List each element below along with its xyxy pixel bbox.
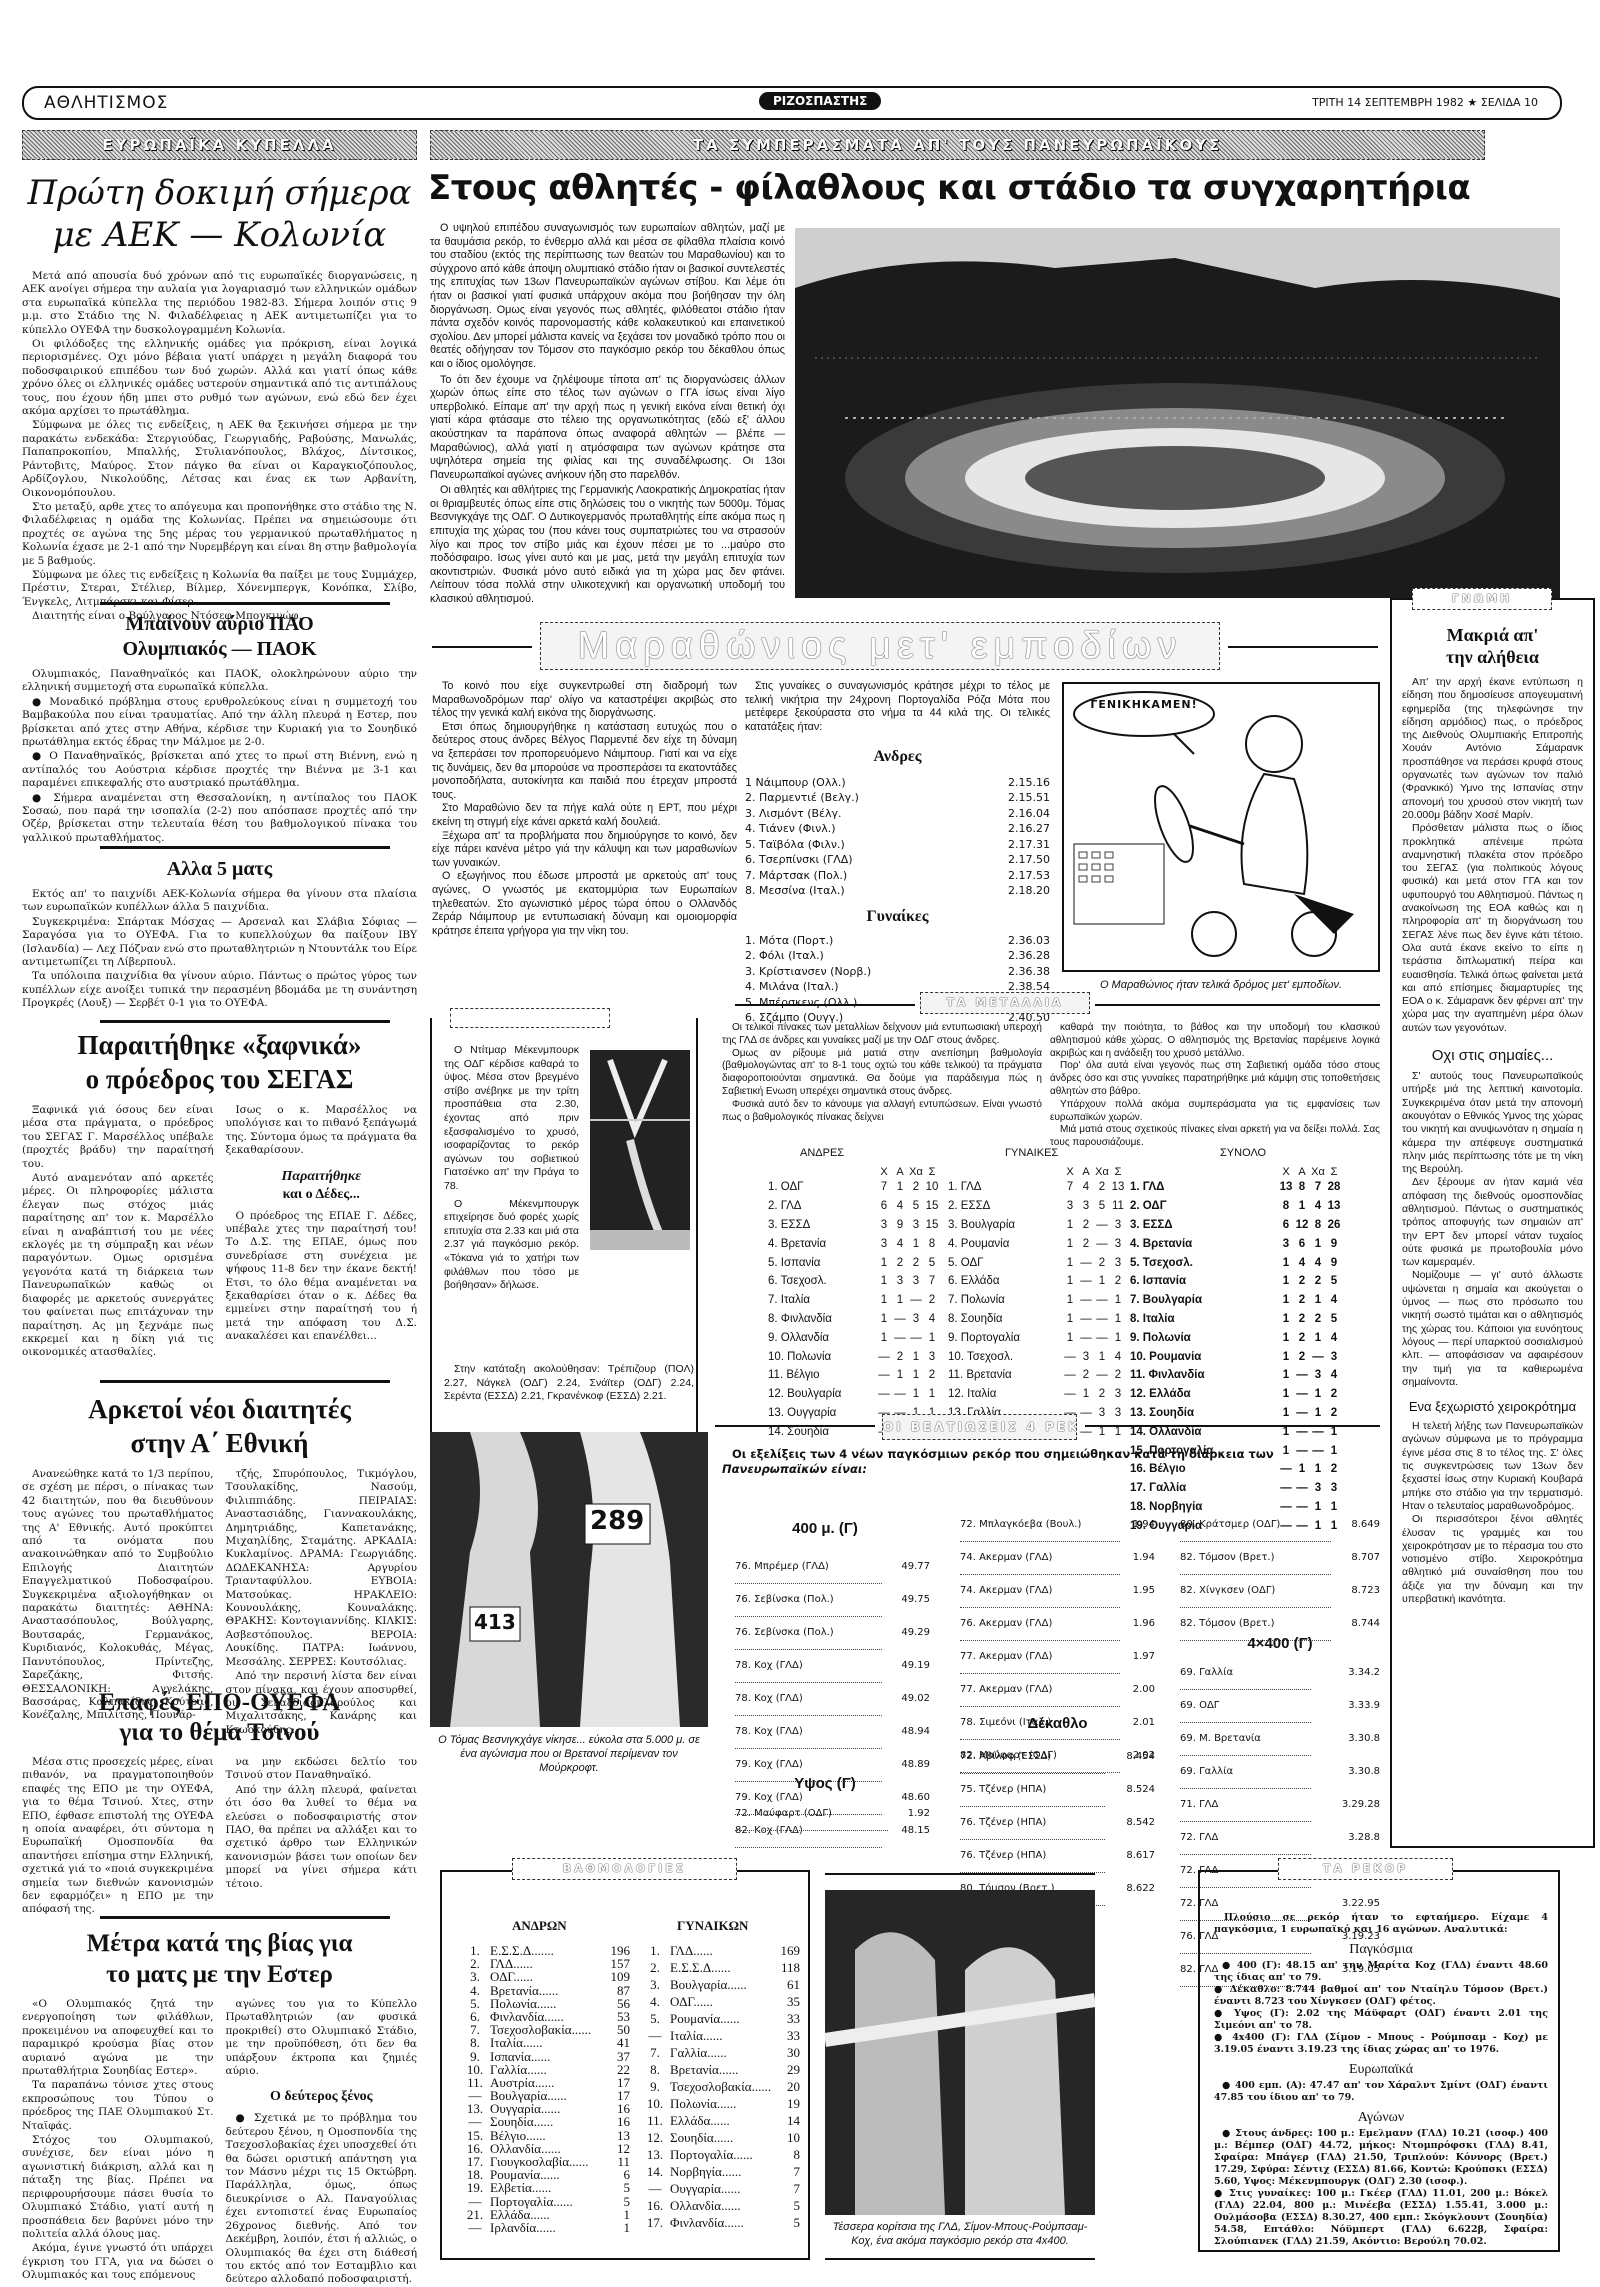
paragraph: Ο Ντίτμαρ Μέκενμπουρκ της ΟΔΓ κέρδισε κα… [444,1044,579,1194]
record-value: 8.542 [1105,1806,1155,1839]
medal-count: 6 [876,1197,892,1216]
points: 30 [779,2046,800,2063]
medal-count: 1 [1062,1216,1078,1235]
rank: 21. [460,2208,490,2221]
record-item: Δέκαθλο: 8.744 βαθμοί απ' τον Νταίηλυ Τό… [1214,1984,1548,2008]
country: 10. Τσεχοσλ. [948,1347,1062,1366]
record-value: 1.92 [888,1797,930,1830]
medal-count: 1 [1094,1347,1110,1366]
highjump-box: Ο Ντίτμαρ Μέκενμπουρκ της ΟΔΓ κέρδισε κα… [430,1018,698,1438]
relay-team-image [825,1890,1095,2215]
medal-count: 3 [1110,1404,1126,1423]
record-row: 69. Μ. Βρετανία3.30.8 [1180,1722,1380,1755]
medal-count: — [908,1328,924,1347]
medal-count: 3 [1310,1479,1326,1498]
rank: 10. [460,2063,490,2076]
country: Γαλλία...... [670,2046,779,2063]
record-value: 8.622 [1105,1872,1155,1905]
medal-count: 1 [1062,1253,1078,1272]
points: 33 [779,2012,800,2029]
paragraph: Μετά από απουσία δυό χρόνων από τις ευρω… [22,270,417,337]
paragraph: ● Σχετικά με το πρόβλημα του δεύτερου ξέ… [226,2112,418,2286]
medal-count: 2 [1294,1291,1310,1310]
runners-image [430,1432,708,1727]
runners-photo: 289 413 [430,1432,708,1727]
medal-count: 2 [1094,1385,1110,1404]
paragraph: τζής, Σπυρόπουλος, Τικμόγλου, Τσουλακίδη… [226,1468,418,1669]
table-row: 2. ΟΔΓ81413 [1130,1197,1342,1216]
medal-count: 2 [924,1366,940,1385]
paragraph: Υπάρχουν πολλά ακόμα συμπεράσματα για τι… [1050,1099,1380,1125]
country: Σουηδία...... [670,2131,779,2148]
paragraph: Μέσα στις προσεχείς μέρες, είναι πιθανόν… [22,1756,214,1917]
record-value: 3.30.8 [1311,1755,1380,1788]
time: 2.36.28 [974,948,1050,964]
medal-count: 5 [1094,1197,1110,1216]
records-intro: Οι εξελίξεις των 4 νέων παγκόσμιων ρεκόρ… [722,1447,1372,1477]
medal-count: 4 [1310,1197,1326,1216]
divider [432,646,532,648]
country: Ουγγαρία...... [670,2182,779,2199]
medal-count: 4 [892,1197,908,1216]
record-item: Στους άνδρες: 100 μ.: Εμελμανν (ΓΛΔ) 10.… [1214,2128,1548,2188]
medal-count: — [1294,1479,1310,1498]
table-row: 7. Ιταλία11—2 [768,1291,940,1310]
time: 2.36.03 [974,932,1050,948]
table-row: 7. Βουλγαρία1214 [1130,1291,1342,1310]
country: 4. Βρετανία [1130,1234,1278,1253]
medal-count: 1 [1278,1366,1294,1385]
country: 8. Σουηδία [948,1310,1062,1329]
points: 20 [779,2080,800,2097]
table-row: 2. ΓΛΔ64515 [768,1197,940,1216]
medal-count: 3 [908,1310,924,1329]
rank: — [460,2221,490,2234]
medal-count: 2 [1110,1366,1126,1385]
paragraph: Ετσι όπως δημιουργήθηκε η κατάσταση ευτυ… [432,721,737,803]
column-header [768,1166,876,1178]
points: 1 [607,2221,630,2234]
table-row: 7. Πολωνία1——1 [948,1291,1126,1310]
records-summary-box: ΤΑ ΡΕΚΟΡ Πλούσιο σε ρεκόρ ήταν το εφταήμ… [1198,1870,1560,2252]
table-row: 9. Ολλανδία1——1 [768,1328,940,1347]
paragraph: Ισως ο κ. Μαρσέλλος να υπολόγισε και το … [226,1104,418,1158]
medal-count: — [1278,1479,1294,1498]
relay-caption: Τέσσερα κορίτσια της ΓΛΔ, Σίμον-Μπους-Ρο… [825,2220,1095,2248]
points: 10 [779,2131,800,2148]
medals-women-table: ΧΑΧαΣ 1. ΓΛΔ742132. ΕΣΣΔ335113. Βουλγαρί… [948,1166,1126,1441]
medal-count: 1 [1110,1328,1126,1347]
medal-count: 11 [1110,1197,1126,1216]
medal-count: — [1062,1385,1078,1404]
country: Πορτογαλία...... [670,2148,779,2165]
paragraph: Πορ' όλα αυτά είναι γεγονός πως στη Σαβι… [1050,1060,1380,1098]
medal-count: 1 [1310,1291,1326,1310]
time: 2.17.53 [968,867,1050,883]
country: 4. Ρουμανία [948,1234,1062,1253]
points-row: 2.Ε.Σ.Σ.Δ......118 [640,1961,800,1978]
points: 41 [607,2036,630,2049]
points: 19 [779,2097,800,2114]
points: 5 [779,2216,800,2233]
result-row: 5. Ταϊβόλα (Φιλν.)2.17.31 [745,836,1050,852]
bib-number: 289 [590,1506,644,1536]
result-row: 2. Παρμεντιέ (Βελγ.)2.15.51 [745,790,1050,806]
medal-count: 3 [1326,1479,1342,1498]
headline-line-2: το ματς με την Εστερ [22,1959,417,1990]
table-row: 12. Ελλάδα1—12 [1130,1385,1342,1404]
rank: 4. [460,1984,490,1997]
medal-count: 5 [1326,1272,1342,1291]
marathon-column-2: Στις γυναίκες ο συναγωνισμός κράτησε μέχ… [745,680,1050,1025]
medal-count: 1 [1278,1404,1294,1423]
points: 5 [607,2181,630,2194]
main-headline: Στους αθλητές - φίλαθλους και στάδιο τα … [428,166,1568,210]
country: Πολωνία...... [670,2097,779,2114]
subheading: Οχι στις σημαίες... [1402,1047,1583,1064]
medal-count: 12 [1294,1216,1310,1235]
kicker-records: ΟΙ ΒΕΛΤΙΩΣΕΙΣ 4 ΡΕΚΟΡ [882,1414,1077,1440]
medal-count: 8 [1310,1216,1326,1235]
record-value: 3.28.8 [1311,1821,1380,1854]
medal-count: 2 [1310,1272,1326,1291]
medal-count: — [892,1328,908,1347]
country: 12. Βουλγαρία [768,1385,876,1404]
athlete: 7. Μάρτσακ (Πολ.) [745,867,968,883]
medal-count: 1 [1294,1197,1310,1216]
column-header [1130,1166,1278,1178]
w400-title: 400 μ. (Γ) [720,1520,930,1537]
country: ΟΔΓ...... [670,1995,779,2012]
table-row: 8. Ιταλία1225 [1130,1310,1342,1329]
kicker-medals: ΤΑ ΜΕΤΑΛΛΙΑ [920,992,1090,1014]
country: Βέλγιο...... [490,2129,607,2142]
headline-line-1: Παραιτήθηκε «ξαφνικά» [22,1028,417,1062]
records-intro-line: Οι εξελίξεις των 4 νέων παγκόσμιων ρεκόρ… [722,1447,1372,1462]
medal-count: — [1078,1272,1094,1291]
table-row: 4. Βρετανία3619 [1130,1234,1342,1253]
medal-count: 1 [876,1253,892,1272]
rank: 4. [640,1995,670,2012]
medal-count: 7 [1062,1178,1078,1197]
medal-count: 6 [1278,1216,1294,1235]
kicker-conclusions: ΤΑ ΣΥΜΠΕΡΑΣΜΑΤΑ ΑΠ' ΤΟΥΣ ΠΑΝΕΥΡΩΠΑΪΚΟΥΣ [430,130,1485,160]
paragraph: Ο πρόεδρος της ΕΠΑΕ Γ. Δέδες, υπέβαλε χτ… [226,1210,418,1344]
medal-count: 5 [908,1197,924,1216]
record-holder: 72. Αβίλοφ (ΕΣΣΔ) [960,1740,1105,1773]
medal-count: 1 [1278,1291,1294,1310]
highjump-photo [590,1050,690,1250]
record-holder: 76. Τζένερ (ΗΠΑ) [960,1806,1105,1839]
medal-count: — [876,1366,892,1385]
kicker-highjump [450,1008,610,1028]
paragraph: Στις γυναίκες ο συναγωνισμός κράτησε μέχ… [745,680,1050,734]
rank: 1. [640,1944,670,1961]
medal-count: 1 [1278,1310,1294,1329]
medal-count: 3 [1110,1385,1126,1404]
medal-count: 1 [1310,1404,1326,1423]
rank: 8. [640,2063,670,2080]
table-row: 11. Φινλανδία1—34 [1130,1366,1342,1385]
divider [1085,1425,1380,1427]
record-value: 49.77 [882,1550,930,1583]
country: 12. Ιταλία [948,1385,1062,1404]
points: 13 [607,2129,630,2142]
points-women-table: 1.ΓΛΔ......1692.Ε.Σ.Σ.Δ......1183.Βουλγα… [640,1944,800,2233]
medal-count: 2 [892,1347,908,1366]
headline-line-1: Πρώτη δοκιμή σήμερα [22,172,417,214]
rank: 12. [640,2131,670,2148]
record-row: 76. Σεβίνσκα (Πολ.)49.29 [735,1616,930,1649]
medal-count: 7 [876,1178,892,1197]
paragraph: Από την άλλη πλευρά, φαίνεται ότι όσο θα… [226,1784,418,1891]
time: 2.16.04 [968,805,1050,821]
kicker-euro-cups: ΕΥΡΩΠΑΪΚΑ ΚΥΠΕΛΛΑ [22,130,417,160]
paragraph: Ο Μέκενμπουργκ επιχείρησε δυό φορές χωρί… [444,1198,579,1293]
country: Ελλάδα...... [490,2208,607,2221]
medal-count: 2 [1294,1272,1310,1291]
athlete: 1 Νάιμπουρ (Ολλ.) [745,774,968,790]
cartoon: ΓΕΝΙΚΗΚΑΜΕΝ! [1062,682,1380,972]
table-row: 17. Γαλλία——33 [1130,1479,1342,1498]
subheading: Ενα ξεχωριστό χειροκρότημα [1402,1399,1583,1414]
medal-count: 2 [1294,1328,1310,1347]
record-row: 71. ΓΛΔ3.29.28 [1180,1788,1380,1821]
points: 61 [779,1978,800,1995]
medal-count: 1 [1094,1272,1110,1291]
divider [1095,1004,1380,1006]
medal-count: 4 [924,1310,940,1329]
paragraph: Η τελετή λήξης των Πανευρωπαϊκών αγώνων … [1402,1420,1583,1513]
issue-date: ΤΡΙΤΗ 14 ΣΕΠΤΕΜΒΡΗ 1982 ★ ΣΕΛΙΔΑ 10 [1312,96,1538,109]
paragraph: ● Ο Παναθηναϊκός, βρίσκεται από χτες το … [22,750,417,790]
column-header: Σ [1110,1166,1126,1178]
country: 8. Φινλανδία [768,1310,876,1329]
medal-count: 1 [1110,1310,1126,1329]
medal-count: — [892,1385,908,1404]
rank: 2. [640,1961,670,1978]
points-row: 9.Τσεχοσλοβακία......20 [640,2080,800,2097]
country: Βρετανία...... [490,1984,607,1997]
record-row: 74. Ακερμαν (ΓΛΔ)1.94 [960,1541,1155,1574]
divider [735,1004,915,1006]
paragraph: Πλούσιο σε ρεκόρ ήταν το εφταήμερο. Είχα… [1214,1912,1548,1936]
record-holder: 82. Χίνγκσεν (ΟΔΓ) [1180,1574,1331,1607]
record-row: 76. Τζένερ (ΗΠΑ)8.542 [960,1806,1155,1839]
points-row: 19.Ελβετία......5 [460,2181,630,2194]
women-results-title: Γυναίκες [745,908,1050,926]
points-row: 10.Πολωνία......19 [640,2097,800,2114]
record-holder: 78. Κοχ (ΓΛΔ) [735,1682,882,1715]
record-value: 49.29 [882,1616,930,1649]
paragraph: Στόχος του Ολυμπιακού, συνέχισε, δεν είν… [22,2134,214,2241]
record-holder: 75. Τζένερ (ΗΠΑ) [960,1773,1105,1806]
medals-intro-col-1: Οι τελικοί πίνακες των μεταλλίων δείχνου… [722,1022,1042,1124]
record-row: 76. Μπρέμερ (ΓΛΔ)49.77 [735,1550,930,1583]
points-row: 12.Σουηδία......10 [640,2131,800,2148]
points-row: 7.Τσεχοσλοβακία......50 [460,2023,630,2036]
medal-count: 1 [876,1328,892,1347]
table-row: 3. ΕΣΣΔ39315 [768,1216,940,1235]
medal-count: 8 [924,1234,940,1253]
divider [100,1916,390,1919]
record-row: 72. Αβίλοφ (ΕΣΣΔ)8.454 [960,1740,1155,1773]
points: 5 [779,2199,800,2216]
points: 1 [607,2208,630,2221]
points-row: 8.Βρετανία......29 [640,2063,800,2080]
points-row: 5.Ρουμανία......33 [640,2012,800,2029]
record-holder: 72. ΓΛΔ [1180,1821,1311,1854]
paragraph: Οι φιλόδοξες της ελληνικής ομάδες για πρ… [22,338,417,418]
points-row: 5.Πολωνία......56 [460,1997,630,2010]
country: Πορτογαλία...... [490,2195,607,2208]
medal-count: 10 [924,1178,940,1197]
table-row: 6. Ελλάδα1—12 [948,1272,1126,1291]
marathon-men-table: 1 Νάιμπουρ (Ολλ.)2.15.162. Παρμεντιέ (Βε… [745,774,1050,898]
record-holder: 69. Μ. Βρετανία [1180,1722,1311,1755]
points: 5 [607,2195,630,2208]
medal-count: 2 [1110,1272,1126,1291]
country: 11. Βέλγιο [768,1366,876,1385]
table-row: 10. Πολωνία—213 [768,1347,940,1366]
rank: 15. [460,2129,490,2142]
record-holder: 78. Κοχ (ΓΛΔ) [735,1715,882,1748]
record-row: 78. Κοχ (ΓΛΔ)49.02 [735,1682,930,1715]
medal-count: 13 [1110,1178,1126,1197]
paragraph: Οι περισσότεροι ξένοι αθλητές έλυσαν τις… [1402,1513,1583,1606]
record-value: 3.30.8 [1311,1722,1380,1755]
medal-count: — [1294,1404,1310,1423]
country: 12. Ελλάδα [1130,1385,1278,1404]
paragraph: Δεν ξέρουμε αν ήταν καμιά νέα απόφαση τη… [1402,1176,1583,1269]
record-item: 400 (Γ): 48.15 απ' την Μαρίτα Κοχ (ΓΛΔ) … [1214,1960,1548,1984]
medal-count: 3 [924,1347,940,1366]
points: 109 [607,1970,630,1983]
country: 2. ΕΣΣΔ [948,1197,1062,1216]
medal-count: 3 [1310,1366,1326,1385]
medal-count: — [1062,1366,1078,1385]
record-value: 8.524 [1105,1773,1155,1806]
headline-line-1: Μακριά απ' [1402,624,1583,646]
rank: — [640,2182,670,2199]
rank: — [640,2029,670,2046]
record-row: 69. ΟΔΓ3.33.9 [1180,1689,1380,1722]
medal-count: 1 [908,1234,924,1253]
table-row: 11. Βέλγιο—112 [768,1366,940,1385]
table-row: 5. ΟΔΓ1—23 [948,1253,1126,1272]
record-value: 2.00 [1120,1673,1155,1706]
medal-count: 13 [1278,1178,1294,1197]
medals-total-title: ΣΥΝΟΛΟ [1220,1147,1266,1159]
paragraph: Στην κατάταξη ακολούθησαν: Τρέπιζουρ (ΠΟ… [444,1363,694,1404]
time: 2.18.20 [968,883,1050,899]
medal-count: 2 [1078,1234,1094,1253]
subheading: Ο δεύτερος ξένος [226,2088,418,2106]
record-holder: 77. Ακερμαν (ΓΛΔ) [960,1673,1120,1706]
result-row: 3. Κρίστιανσεν (Νορβ.)2.36.38 [745,963,1050,979]
record-row: 78. Κοχ (ΓΛΔ)49.19 [735,1649,930,1682]
points: 29 [779,2063,800,2080]
newspaper-logo: ΡΙΖΟΣΠΑΣΤΗΣ [759,92,881,110]
points-women-title: ΓΥΝΑΙΚΩΝ [677,1918,748,1934]
headline-line-1: Μέτρα κατά της βίας για [22,1928,417,1959]
record-row: 77. Ακερμαν (ΓΛΔ)2.00 [960,1673,1155,1706]
time: 2.16.27 [968,821,1050,837]
medals-men-title: ΑΝΔΡΕΣ [800,1147,844,1159]
record-value: 49.02 [882,1682,930,1715]
points-men-title: ΑΝΔΡΩΝ [512,1918,567,1934]
record-value: 1.94 [1120,1508,1155,1541]
medal-count: 5 [1326,1310,1342,1329]
whj-record-table-part2: 72. Μπλαγκόεβα (Βουλ.)1.9474. Ακερμαν (Γ… [960,1508,1155,1773]
medal-count: 1 [892,1366,908,1385]
points: 56 [607,1997,630,2010]
country: 6. Τσεχοσλ. [768,1272,876,1291]
rank: 19. [460,2181,490,2194]
points-row: 4.Βρετανία......87 [460,1984,630,1997]
country: 5. Τσεχοσλ. [1130,1253,1278,1272]
men-results-title: Ανδρες [745,748,1050,766]
table-row: 4. Ρουμανία12—3 [948,1234,1126,1253]
time: 2.17.31 [968,836,1050,852]
medal-count: 2 [1294,1347,1310,1366]
divider [100,602,390,605]
column-header: Σ [1326,1166,1342,1178]
medal-count: — [1078,1404,1094,1423]
record-row: 82. Χίνγκσεν (ΟΔΓ)8.723 [1180,1574,1380,1607]
record-holder: 82. Τόμσον (Βρετ.) [1180,1541,1331,1574]
athlete: 5. Ταϊβόλα (Φιλν.) [745,836,968,852]
rank: 16. [640,2199,670,2216]
athlete: 8. Μεσσίνα (Ιταλ.) [745,883,968,899]
medal-count: 1 [876,1272,892,1291]
table-row: 10. Ρουμανία12—3 [1130,1347,1342,1366]
result-row: 8. Μεσσίνα (Ιταλ.)2.18.20 [745,883,1050,899]
country: 3. ΕΣΣΔ [768,1216,876,1235]
country: Νορβηγία...... [670,2165,779,2182]
record-holder: 71. ΓΛΔ [1180,1788,1311,1821]
medal-count: 2 [908,1253,924,1272]
relay-photo [825,1890,1095,2215]
country: Ιταλία...... [490,2036,607,2049]
rank: 9. [460,2050,490,2063]
time: 2.15.16 [968,774,1050,790]
record-row: 76. Ακερμαν (ΓΛΔ)1.96 [960,1607,1155,1640]
points-row: 11.Ελλάδα......14 [640,2114,800,2131]
medal-count: 1 [892,1291,908,1310]
record-row: 80. Κράτσμερ (ΟΔΓ)8.649 [1180,1508,1380,1541]
column-header: Χ [1278,1166,1294,1178]
headline-line-2: ο πρόεδρος του ΣΕΓΑΣ [22,1062,417,1096]
paragraph: Συγκεκριμένα: Σπάρτακ Μόσχας — Αρσεναλ κ… [22,916,417,970]
medal-count: 3 [1278,1234,1294,1253]
country: Βουλγαρία...... [670,1978,779,1995]
country: Ιταλία...... [670,2029,779,2046]
medal-count: — [1062,1347,1078,1366]
country: Πολωνία...... [490,1997,607,2010]
medal-count: — [1094,1291,1110,1310]
record-holder: 77. Ακερμαν (ΓΛΔ) [960,1640,1120,1673]
record-holder: 72. Μαύφαρτ (ΟΔΓ) [735,1797,888,1830]
medal-count: 1 [1278,1328,1294,1347]
points: 33 [779,2029,800,2046]
country: 11. Βρετανία [948,1366,1062,1385]
column-header: Α [892,1166,908,1178]
record-holder: 74. Ακερμαν (ΓΛΔ) [960,1574,1120,1607]
points-row: 17.Φινλανδία......5 [640,2216,800,2233]
divider [825,1873,1095,1875]
medal-count: 8 [1294,1178,1310,1197]
